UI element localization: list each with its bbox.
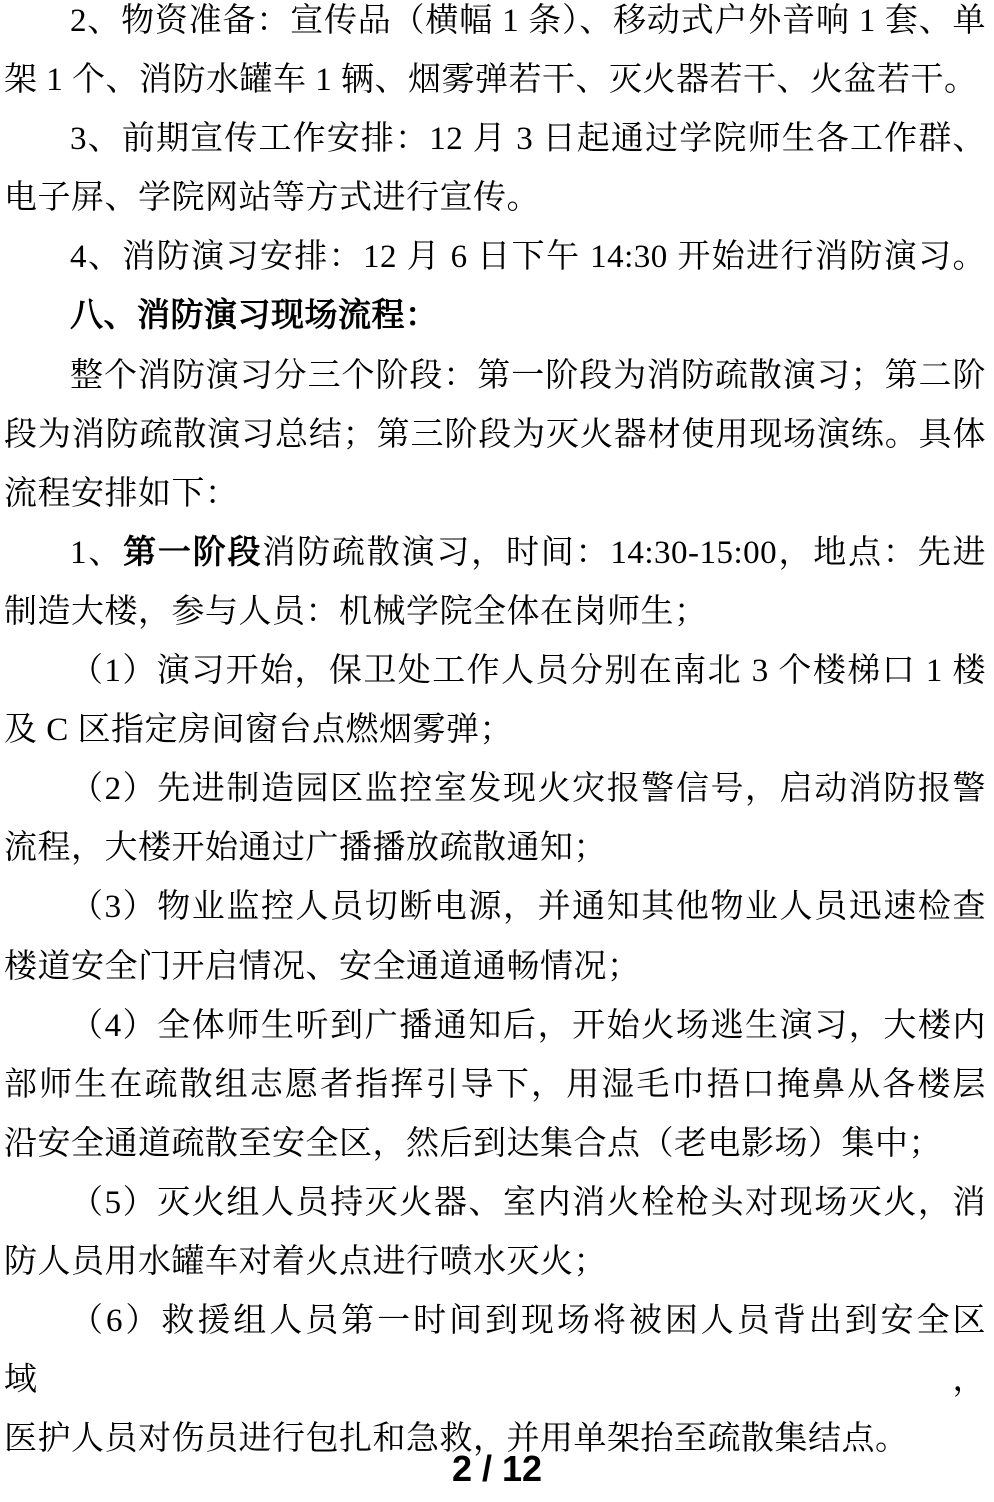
doc-line: 3、前期宣传工作安排：12 月 3 日起通过学院师生各工作群、 bbox=[4, 110, 986, 169]
doc-line: 架 1 个、消防水罐车 1 辆、烟雾弹若干、灭火器若干、火盆若干。 bbox=[4, 51, 986, 110]
document-page: 2、物资准备：宣传品（横幅 1 条）、移动式户外音响 1 套、单 架 1 个、消… bbox=[0, 0, 994, 1502]
doc-line: （2）先进制造园区监控室发现火灾报警信号，启动消防报警 bbox=[4, 760, 986, 819]
doc-line: 及 C 区指定房间窗台点燃烟雾弹； bbox=[4, 701, 986, 760]
doc-line: 防人员用水罐车对着火点进行喷水灭火； bbox=[4, 1233, 986, 1292]
doc-line: 2、物资准备：宣传品（横幅 1 条）、移动式户外音响 1 套、单 bbox=[4, 0, 986, 51]
doc-line: （5）灭火组人员持灭火器、室内消火栓枪头对现场灭火，消 bbox=[4, 1174, 986, 1233]
doc-line: 部师生在疏散组志愿者指挥引导下，用湿毛巾捂口掩鼻从各楼层 bbox=[4, 1056, 986, 1115]
page-number: 2 / 12 bbox=[0, 1446, 994, 1492]
document-body: 2、物资准备：宣传品（横幅 1 条）、移动式户外音响 1 套、单 架 1 个、消… bbox=[4, 0, 986, 1469]
doc-line: （4）全体师生听到广播通知后，开始火场逃生演习，大楼内 bbox=[4, 997, 986, 1056]
doc-line: 4、消防演习安排：12 月 6 日下午 14:30 开始进行消防演习。 bbox=[4, 228, 986, 287]
doc-line: 段为消防疏散演习总结；第三阶段为灭火器材使用现场演练。具体 bbox=[4, 406, 986, 465]
doc-line: 流程，大楼开始通过广播播放疏散通知； bbox=[4, 819, 986, 878]
doc-line: 楼道安全门开启情况、安全通道通畅情况； bbox=[4, 938, 986, 997]
doc-line-stage-1: 1、第一阶段消防疏散演习，时间：14:30-15:00，地点：先进 bbox=[4, 524, 986, 583]
doc-line: 整个消防演习分三个阶段：第一阶段为消防疏散演习；第二阶 bbox=[4, 347, 986, 406]
doc-line: 制造大楼，参与人员：机械学院全体在岗师生； bbox=[4, 583, 986, 642]
doc-line: 电子屏、学院网站等方式进行宣传。 bbox=[4, 169, 986, 228]
section-heading: 八、消防演习现场流程： bbox=[4, 287, 986, 346]
doc-line: 流程安排如下： bbox=[4, 465, 986, 524]
doc-line: （3）物业监控人员切断电源，并通知其他物业人员迅速检查 bbox=[4, 878, 986, 937]
doc-line: （6）救援组人员第一时间到现场将被困人员背出到安全区域， bbox=[4, 1292, 986, 1410]
doc-line: （1）演习开始，保卫处工作人员分别在南北 3 个楼梯口 1 楼 bbox=[4, 642, 986, 701]
doc-line: 沿安全通道疏散至安全区，然后到达集合点（老电影场）集中； bbox=[4, 1115, 986, 1174]
doc-line-segment: 消防疏散演习，时间：14:30-15:00，地点：先进 bbox=[262, 535, 986, 571]
stage-1-emphasis: 第一阶段 bbox=[123, 535, 262, 571]
doc-line-segment: 1、 bbox=[70, 535, 123, 571]
